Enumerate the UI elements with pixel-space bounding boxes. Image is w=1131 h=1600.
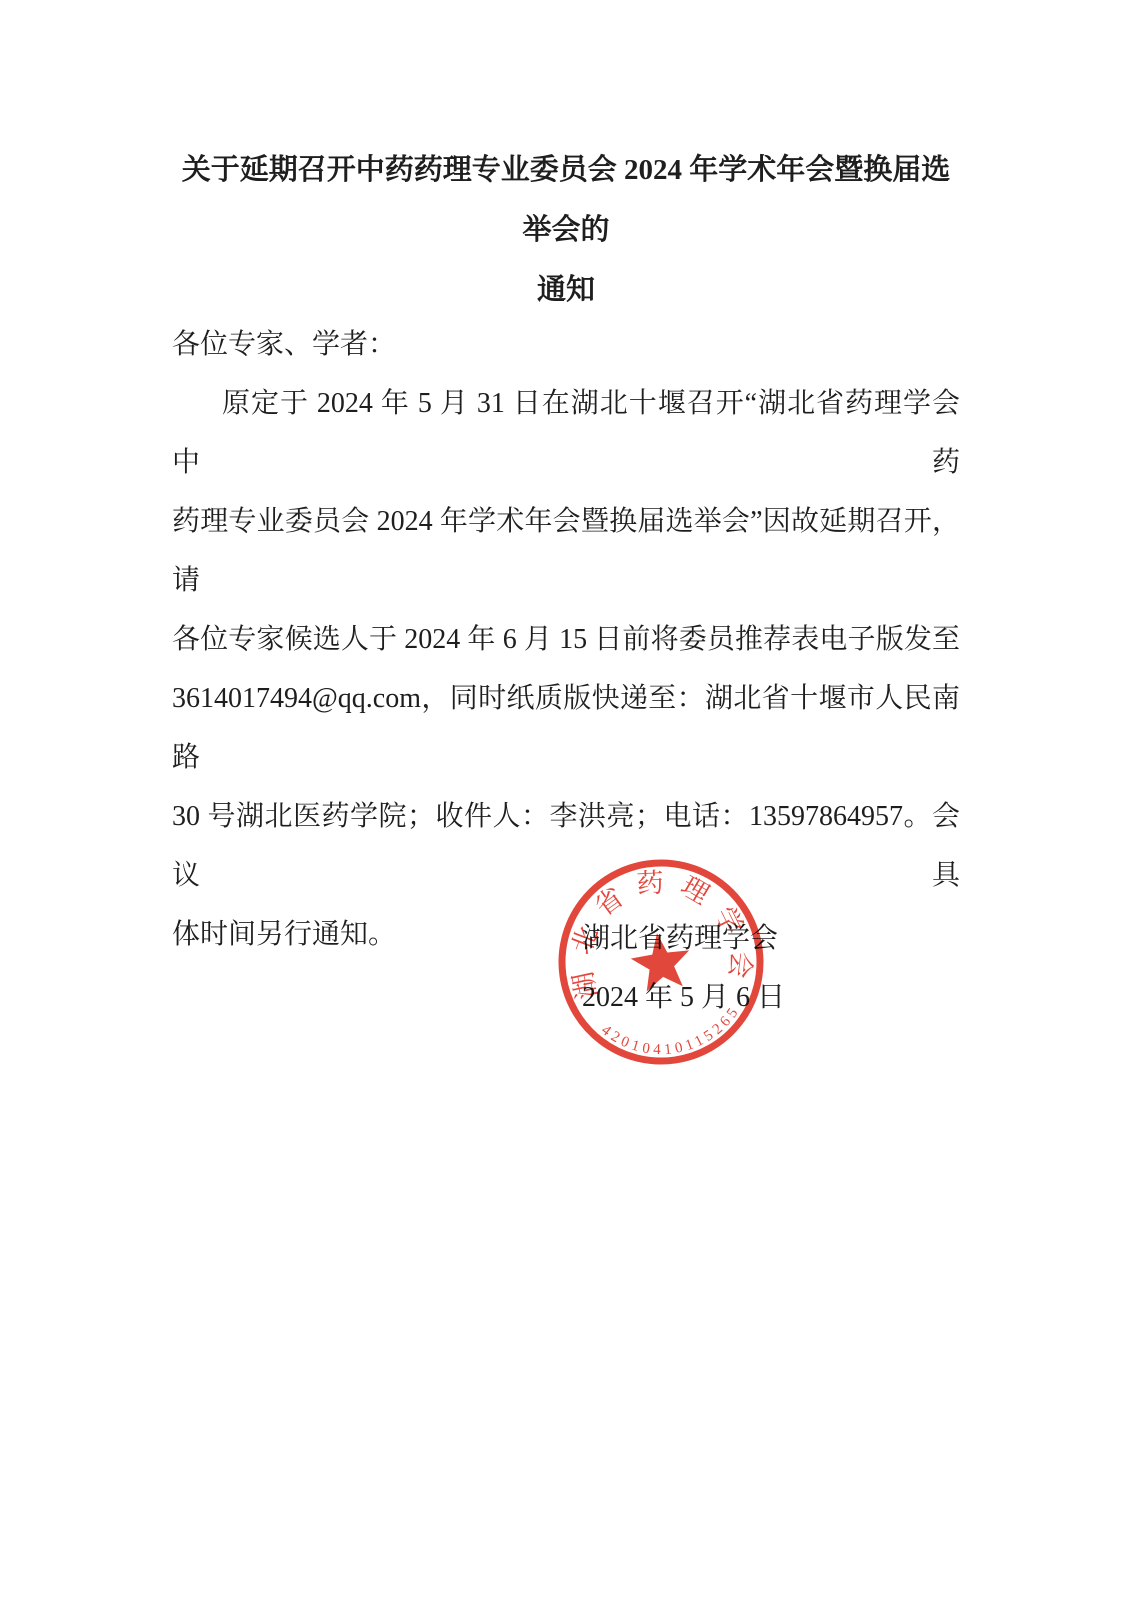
salutation: 各位专家、学者： bbox=[172, 315, 960, 374]
seal-star bbox=[628, 929, 694, 993]
document-page: 关于延期召开中药药理专业委员会 2024 年学术年会暨换届选举会的 通知 各位专… bbox=[0, 0, 1131, 1600]
official-seal: 湖北省药理学会 42010410115265 bbox=[514, 815, 808, 1109]
body-line: 原定于 2024 年 5 月 31 日在湖北十堰召开“湖北省药理学会中药 bbox=[172, 374, 960, 492]
body-line: 各位专家候选人于 2024 年 6 月 15 日前将委员推荐表电子版发至 bbox=[172, 610, 960, 669]
body-line: 药理专业委员会 2024 年学术年会暨换届选举会”因故延期召开，请 bbox=[172, 492, 960, 610]
body-line: 3614017494@qq.com，同时纸质版快递至：湖北省十堰市人民南路 bbox=[172, 669, 960, 787]
document-title: 关于延期召开中药药理专业委员会 2024 年学术年会暨换届选举会的 通知 bbox=[172, 140, 960, 320]
title-line-1: 关于延期召开中药药理专业委员会 2024 年学术年会暨换届选举会的 bbox=[172, 140, 960, 260]
title-line-2: 通知 bbox=[172, 260, 960, 320]
